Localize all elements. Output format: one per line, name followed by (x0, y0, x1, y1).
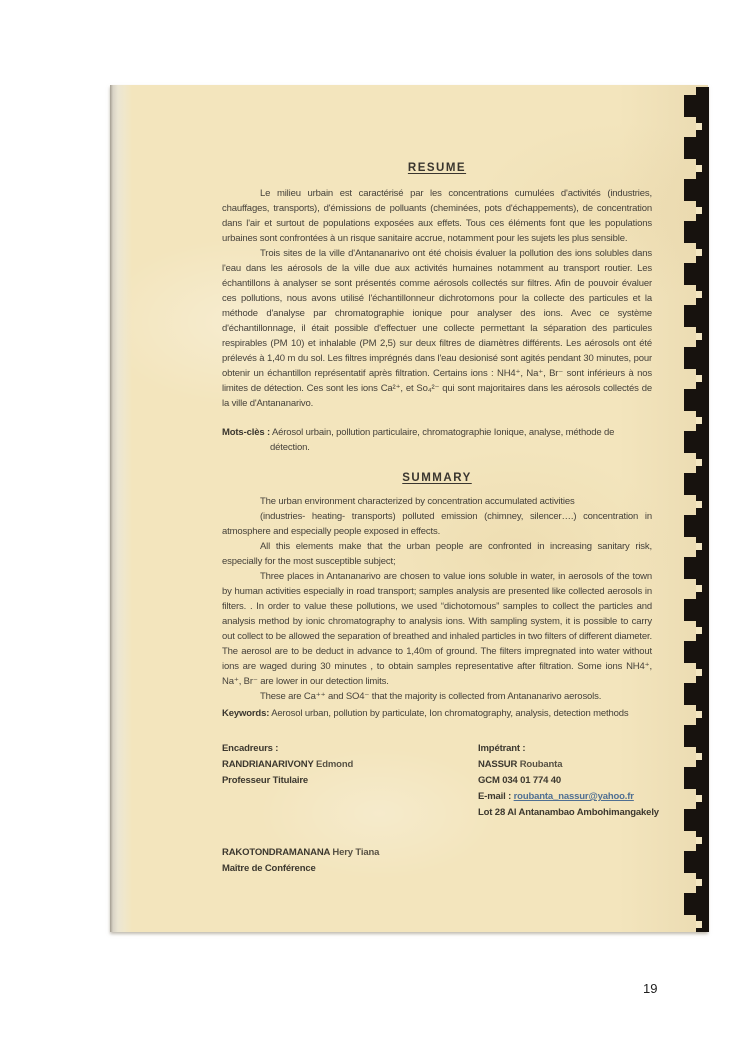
supervisor-title: Professeur Titulaire (222, 773, 478, 789)
scanned-page: RESUME Le milieu urbain est caractérisé … (110, 85, 708, 932)
resume-paragraph-2: Trois sites de la ville d'Antananarivo o… (222, 246, 652, 411)
candidate-address: Lot 28 Al Antanambao Ambohimangakely (478, 805, 659, 821)
email-link[interactable]: roubanta_nassur@yahoo.fr (514, 791, 634, 802)
summary-paragraph-2: (industries- heating- transports) pollut… (222, 509, 652, 539)
comb-binding (683, 85, 709, 932)
resume-paragraph-1: Le milieu urbain est caractérisé par les… (222, 186, 652, 246)
keywords-line: Keywords: Aerosol urban, pollution by pa… (222, 706, 652, 721)
supervisors-heading: Encadreurs : (222, 741, 478, 757)
email-label: E-mail : (478, 791, 511, 802)
candidate-column: Impétrant : NASSUR Roubanta GCM 034 01 7… (478, 741, 659, 821)
page-number: 19 (643, 981, 657, 996)
summary-paragraph-3: All this elements make that the urban pe… (222, 539, 652, 569)
resume-title: RESUME (222, 161, 652, 176)
second-supervisor-name: RAKOTONDRAMANANA Hery Tiana (222, 845, 652, 861)
comb-binding-notches (696, 95, 702, 932)
supervisor-name: RANDRIANARIVONY Edmond (222, 757, 478, 773)
candidate-heading: Impétrant : (478, 741, 659, 757)
mots-cles-label: Mots-clès : (222, 427, 270, 438)
second-supervisor-block: RAKOTONDRAMANANA Hery Tiana Maître de Co… (222, 845, 652, 877)
candidate-phone: GCM 034 01 774 40 (478, 773, 659, 789)
summary-paragraph-4: Three places in Antananarivo are chosen … (222, 569, 652, 689)
credits-block: Encadreurs : RANDRIANARIVONY Edmond Prof… (222, 741, 652, 821)
document-content: RESUME Le milieu urbain est caractérisé … (222, 161, 652, 877)
candidate-name: NASSUR Roubanta (478, 757, 659, 773)
mots-cles-text: Aérosol urbain, pollution particulaire, … (270, 427, 614, 453)
summary-paragraph-1: The urban environment characterized by c… (222, 494, 652, 509)
summary-title: SUMMARY (222, 471, 652, 486)
mots-cles-line: Mots-clès : Aérosol urbain, pollution pa… (222, 425, 652, 455)
keywords-text: Aerosol urban, pollution by particulate,… (271, 708, 628, 719)
keywords-label: Keywords: (222, 708, 269, 719)
supervisors-column: Encadreurs : RANDRIANARIVONY Edmond Prof… (222, 741, 478, 821)
candidate-email-line: E-mail : roubanta_nassur@yahoo.fr (478, 789, 659, 805)
second-supervisor-title: Maître de Conférence (222, 861, 652, 877)
page-spine-edge (110, 85, 132, 932)
summary-paragraph-5: These are Ca⁺⁺ and SO4⁻ that the majorit… (222, 689, 652, 704)
